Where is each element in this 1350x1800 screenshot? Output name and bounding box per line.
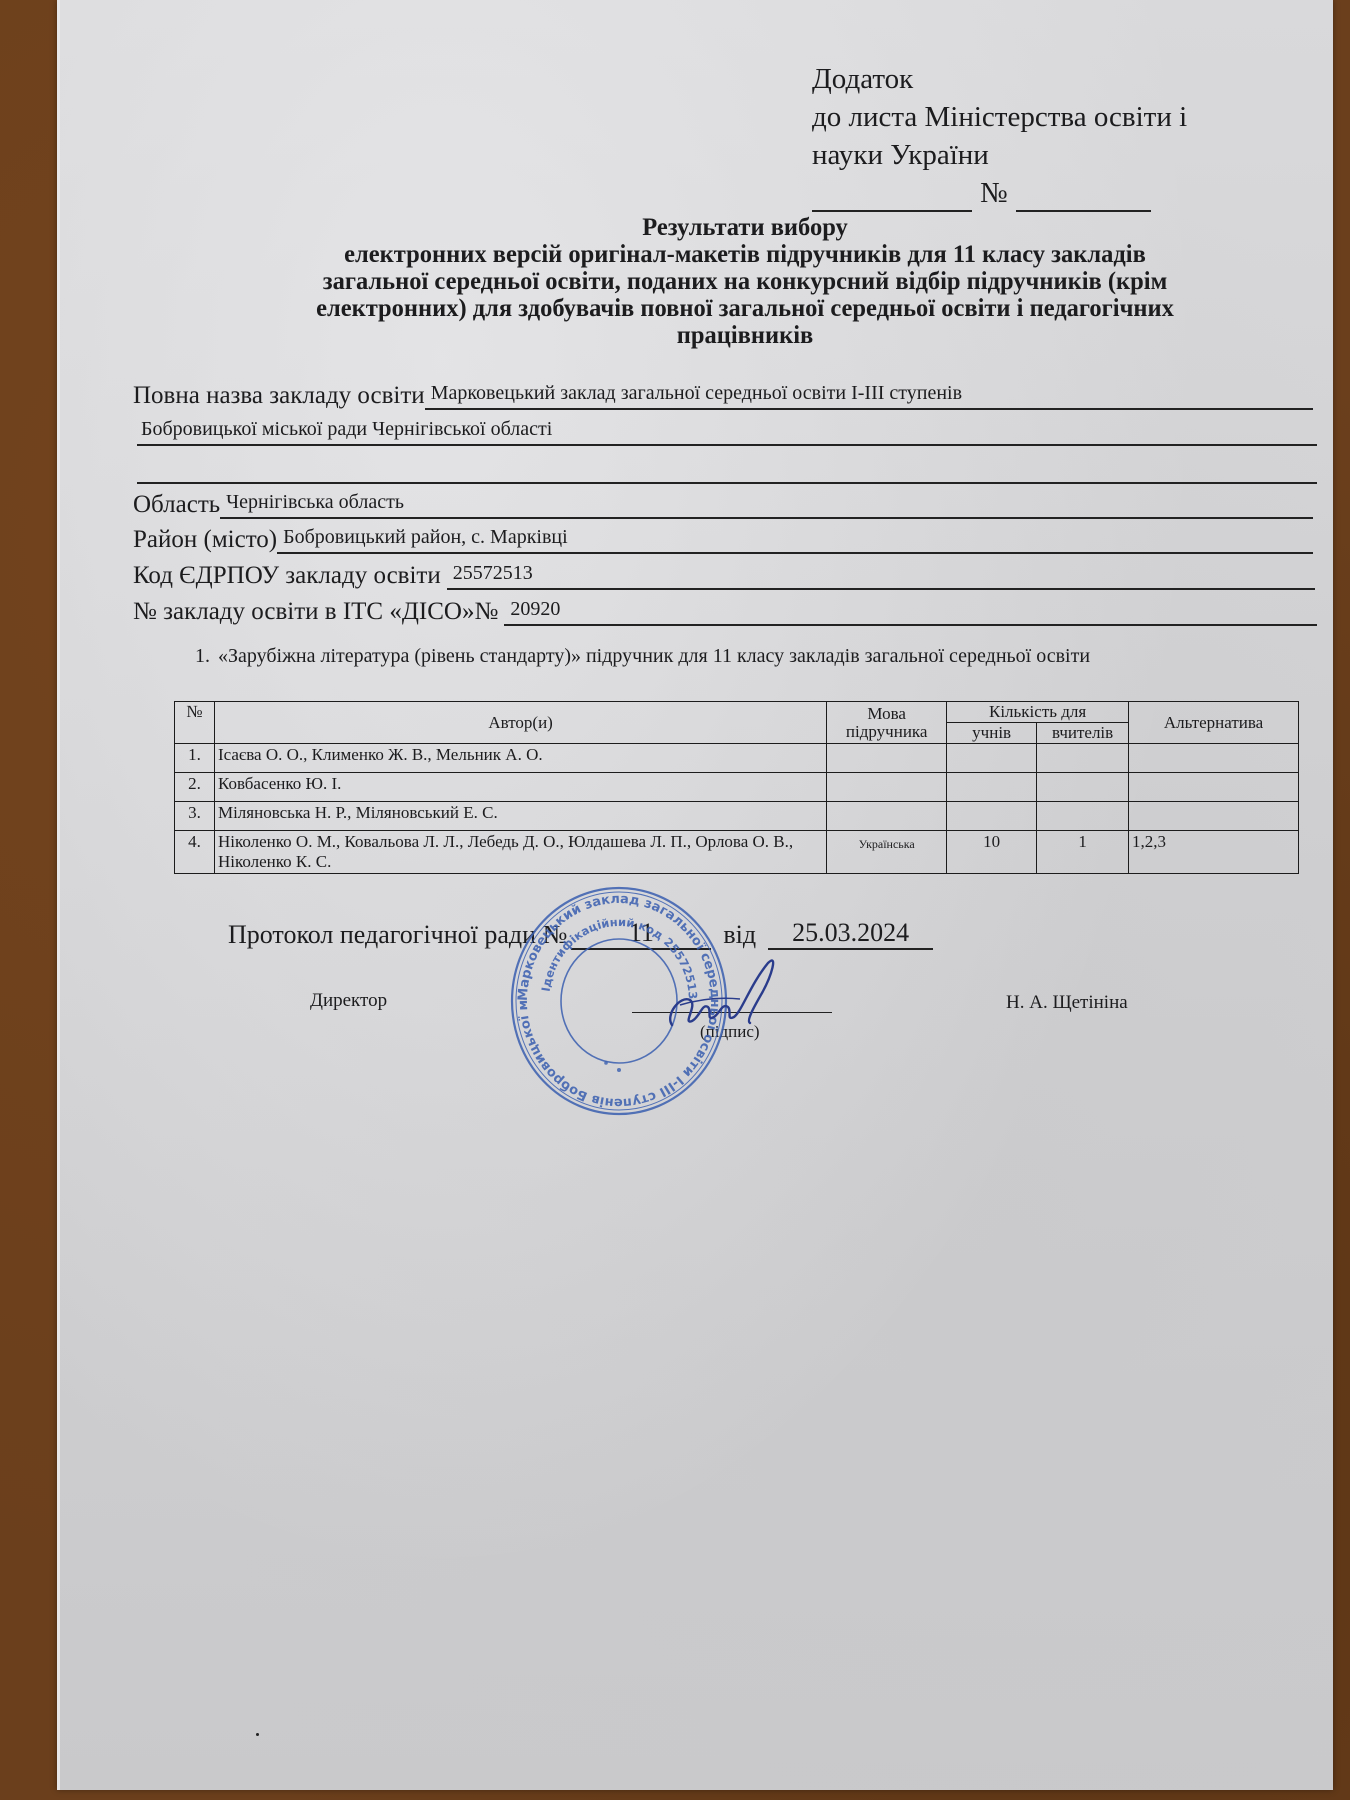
header-students: учнів	[947, 723, 1037, 744]
row-alternative	[1129, 773, 1299, 802]
section-text: «Зарубіжна література (рівень стандарту)…	[218, 645, 1090, 667]
row-alternative: 1,2,3	[1129, 831, 1299, 874]
row-authors: Ковбасенко Ю. І.	[214, 773, 826, 802]
appendix-header: Додаток до листа Міністерства освіти і н…	[812, 60, 1187, 212]
title-line: загальної середньої освіти, поданих на к…	[221, 268, 1270, 295]
header-alternative: Альтернатива	[1129, 702, 1299, 744]
row-authors: Міляновська Н. Р., Міляновський Е. С.	[214, 802, 826, 831]
row-number: 2.	[175, 773, 215, 802]
region-field: Область Чернігівська область	[133, 490, 1313, 519]
row-language	[827, 744, 947, 773]
table-row: 2.Ковбасенко Ю. І.	[175, 773, 1299, 802]
section-heading: 1. «Зарубіжна література (рівень стандар…	[195, 645, 1315, 667]
row-number: 1.	[175, 744, 215, 773]
appendix-date-blank	[812, 184, 972, 212]
title-line: Результати вибору	[221, 214, 1270, 241]
table-row: 4.Ніколенко О. М., Ковальова Л. Л., Лебе…	[175, 831, 1299, 874]
itc-field: № закладу освіти в ІТС «ДІСО»№ 20920	[133, 597, 1317, 626]
table-row: 3.Міляновська Н. Р., Міляновський Е. С.	[175, 802, 1299, 831]
row-language: Українська	[827, 831, 947, 874]
itc-label: № закладу освіти в ІТС «ДІСО»№	[133, 598, 498, 626]
textbook-table: № Автор(и) Мова підручника Кількість для…	[174, 701, 1299, 874]
appendix-number-blank	[1016, 184, 1151, 212]
district-label: Район (місто)	[133, 526, 277, 554]
row-students	[947, 744, 1037, 773]
table-row: 1.Ісаєва О. О., Клименко Ж. В., Мельник …	[175, 744, 1299, 773]
row-number: 4.	[175, 831, 215, 874]
edrpou-label: Код ЄДРПОУ закладу освіти	[133, 562, 441, 590]
appendix-number-line: №	[812, 174, 1187, 212]
title-line: електронних) для здобувачів повної загал…	[221, 295, 1270, 322]
row-authors: Ісаєва О. О., Клименко Ж. В., Мельник А.…	[214, 744, 826, 773]
paper-speck	[256, 1733, 259, 1736]
full-name-label: Повна назва закладу освіти	[133, 382, 425, 410]
itc-value: 20920	[504, 597, 1317, 626]
section-number: 1.	[195, 645, 213, 667]
appendix-line: науки України	[812, 136, 1187, 174]
title-line: працівників	[221, 322, 1270, 349]
full-name-field: Повна назва закладу освіти Марковецький …	[133, 381, 1313, 410]
row-language	[827, 802, 947, 831]
full-name-value-line2: Бобровицької міської ради Чернігівської …	[137, 417, 1317, 446]
header-teachers: вчителів	[1037, 723, 1129, 744]
full-name-value: Марковецький заклад загальної середньої …	[425, 381, 1313, 410]
row-students: 10	[947, 831, 1037, 874]
header-language: Мова підручника	[827, 702, 947, 744]
document-page: Додаток до листа Міністерства освіти і н…	[57, 0, 1333, 1790]
district-field: Район (місто) Бобровицький район, с. Мар…	[133, 525, 1313, 554]
region-value: Чернігівська область	[220, 490, 1313, 519]
director-name: Н. А. Щетініна	[1006, 992, 1128, 1014]
protocol-date: 25.03.2024	[768, 918, 933, 950]
row-alternative	[1129, 802, 1299, 831]
row-language	[827, 773, 947, 802]
appendix-line: до листа Міністерства освіти і	[812, 98, 1187, 136]
row-alternative	[1129, 744, 1299, 773]
number-sign: №	[980, 174, 1008, 212]
row-number: 3.	[175, 802, 215, 831]
row-students	[947, 802, 1037, 831]
row-students	[947, 773, 1037, 802]
title-line: електронних версій оригінал-макетів підр…	[221, 241, 1270, 268]
edrpou-field: Код ЄДРПОУ закладу освіти 25572513	[133, 561, 1315, 590]
edrpou-value: 25572513	[447, 561, 1315, 590]
director-title: Директор	[310, 990, 387, 1012]
document-title: Результати вибору електронних версій ори…	[221, 214, 1270, 349]
header-quantity-for: Кількість для	[947, 702, 1129, 723]
full-name-value-line3	[137, 455, 1317, 484]
header-num: №	[175, 702, 215, 744]
region-label: Область	[133, 491, 220, 519]
row-teachers	[1037, 802, 1129, 831]
row-teachers: 1	[1037, 831, 1129, 874]
district-value: Бобровицький район, с. Марківці	[277, 525, 1313, 554]
row-authors: Ніколенко О. М., Ковальова Л. Л., Лебедь…	[214, 831, 826, 874]
handwritten-signature-icon	[660, 955, 800, 1035]
row-teachers	[1037, 773, 1129, 802]
table-header-row: № Автор(и) Мова підручника Кількість для…	[175, 702, 1299, 723]
appendix-title: Додаток	[812, 60, 1187, 98]
row-teachers	[1037, 744, 1129, 773]
header-authors: Автор(и)	[214, 702, 826, 744]
